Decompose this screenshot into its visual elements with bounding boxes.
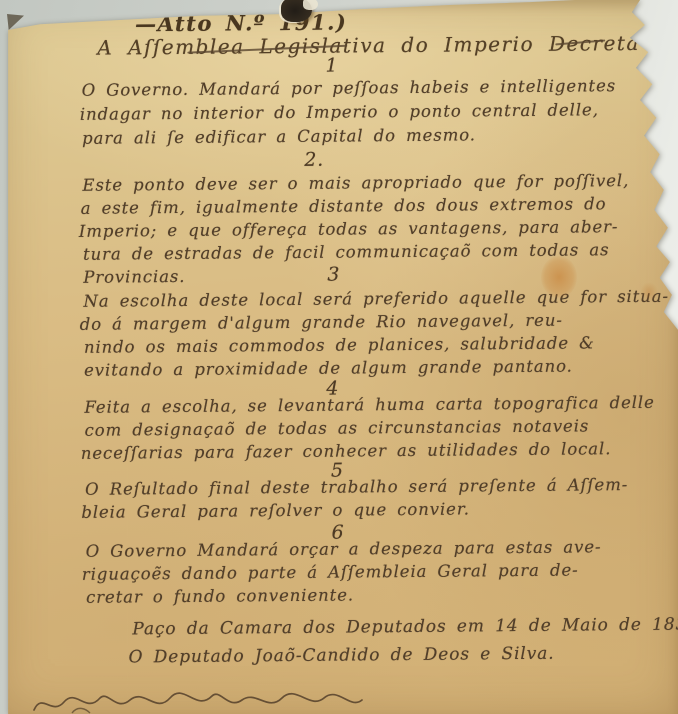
article-4-line: com designaçaõ de todas as circunstancia… — [85, 416, 590, 439]
article-3-line: do á margem d'algum grande Rio navegavel… — [80, 311, 563, 334]
illegible-cutoff-line — [28, 686, 368, 714]
article-2-line: a este fim, igualmente distante dos dous… — [81, 194, 607, 218]
article-2-number: 2. — [304, 149, 324, 171]
place-date-line: Paço da Camara dos Deputados em 14 de Ma… — [132, 614, 678, 639]
document-title: A Aſſemblea Legislativa do Imperio Decre… — [97, 31, 640, 60]
article-6-line: O Governo Mandará orçar a despeza para e… — [86, 537, 602, 561]
article-1-line: O Governo. Mandará por peſſoas habeis e … — [82, 76, 617, 100]
handwritten-text-layer: —Atto N.º 191.) A Aſſemblea Legislativa … — [0, 0, 678, 714]
article-6-line: cretar o fundo conveniente. — [86, 585, 354, 606]
act-number-annotation: —Atto N.º 191.) — [135, 9, 347, 36]
article-3-line: Na escolha deste local será preferido aq… — [83, 287, 669, 311]
article-1-line: indagar no interior do Imperio o ponto c… — [80, 100, 599, 124]
rust-stain — [541, 256, 577, 298]
article-3-number: 3 — [327, 264, 340, 286]
article-2-line: Provincias. — [83, 267, 185, 287]
article-6-line: riguaçoẽs dando parte á Aſſembleia Geral… — [82, 560, 579, 583]
article-2-line: tura de estradas de facil communicaçaõ c… — [83, 240, 609, 264]
article-2-line: Este ponto deve ser o mais apropriado qu… — [82, 171, 629, 195]
rust-stain-small — [640, 282, 658, 302]
article-4-line: Feita a escolha, se levantará huma carta… — [84, 393, 654, 417]
signature-line: O Deputado Joaõ-Candido de Deos e Silva. — [129, 644, 555, 668]
article-1-number: 1 — [325, 55, 338, 77]
article-4-line: neceſſarias para fazer conhecer as utili… — [81, 439, 612, 463]
article-5-line: bleia Geral para reſolver o que convier. — [81, 499, 470, 521]
article-3-line: evitando a proximidade de algum grande p… — [84, 357, 573, 380]
manuscript-paper: —Atto N.º 191.) A Aſſemblea Legislativa … — [0, 0, 678, 714]
article-1-line: para ali ſe edificar a Capital do mesmo. — [82, 125, 476, 147]
article-2-line: Imperio; e que offereça todas as vantage… — [79, 217, 619, 241]
scanned-manuscript-photo: —Atto N.º 191.) A Aſſemblea Legislativa … — [0, 0, 678, 714]
article-5-line: O Reſultado final deste trabalho será pr… — [85, 475, 628, 499]
paper-wrap: —Atto N.º 191.) A Aſſemblea Legislativa … — [0, 0, 678, 714]
article-3-line: nindo os mais commodos de planices, salu… — [84, 333, 595, 356]
